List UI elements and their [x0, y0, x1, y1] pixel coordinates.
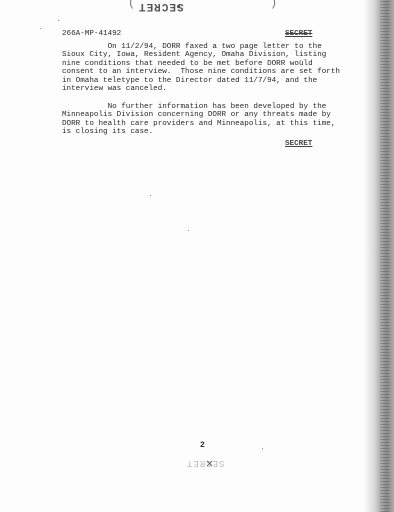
scan-speck — [300, 60, 301, 61]
classification-marking-bottom: SECRET — [285, 140, 312, 148]
classification-marking-top: SECRET — [285, 30, 312, 38]
scan-speck — [188, 230, 189, 231]
top-classification-stamp: SECRET — [138, 0, 184, 12]
scan-speck — [150, 195, 151, 196]
scan-speck — [58, 20, 59, 21]
document-page: ( SECRET ) 266A-MP-41492 SECRET On 11/2/… — [0, 0, 394, 512]
page-number: 2 — [200, 441, 205, 450]
scan-noise-edge — [380, 0, 390, 512]
paragraph-1: On 11/2/94, DORR faxed a two page letter… — [62, 43, 352, 93]
stamp-paren-right: ) — [270, 0, 277, 10]
scan-speck — [40, 28, 41, 29]
cross-out-mark-icon: ✕ — [206, 456, 213, 471]
stamp-paren-left: ( — [128, 0, 135, 10]
file-number: 266A-MP-41492 — [62, 30, 121, 38]
paragraph-2: No further information has been develope… — [62, 103, 352, 137]
scan-speck — [262, 448, 263, 449]
